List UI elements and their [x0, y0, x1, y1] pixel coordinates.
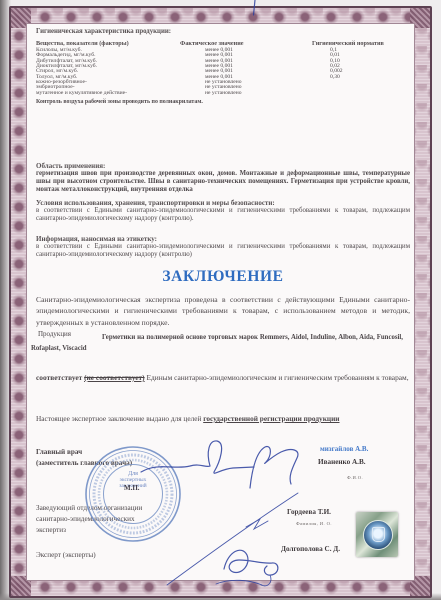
hologram-sticker	[356, 512, 398, 557]
round-stamp	[84, 443, 182, 545]
production-text: Герметики на полимерной основе торговых …	[31, 332, 403, 354]
purpose-prefix: Настоящее экспертное заключение выдано д…	[36, 414, 203, 423]
table-row: мутагенное и кумулятивное действие- не у…	[36, 91, 412, 96]
substances-column-header: Вещества, показатели (факторы)	[36, 40, 180, 47]
conformity-no-match-struck: (не соответствует)	[84, 373, 145, 382]
usage-conditions-body: в соответствии с Едиными санитарно-эпиде…	[36, 207, 410, 223]
scanned-document: Гигиеническая характеристика продукции: …	[0, 0, 441, 600]
fio-caption: Ф.И.О.	[322, 475, 388, 480]
actual-value: не установлено	[180, 91, 312, 96]
workzone-control-note: Контроль воздуха рабочей зоны проводить …	[36, 99, 203, 105]
actual-value-column-header: Фактическое значение	[180, 40, 312, 47]
label-info-title: Информация, наносимая на этикетку:	[36, 235, 157, 243]
table-header-row: Вещества, показатели (факторы) Фактическ…	[36, 40, 412, 47]
hygiene-section-title: Гигиеническая характеристика продукции:	[36, 28, 171, 35]
purpose-statement: Настоящее экспертное заключение выдано д…	[36, 414, 412, 423]
stamp-text-ring	[94, 455, 172, 533]
chief-doctor-role: Главный врач	[36, 448, 82, 456]
seal-place-label: М.П.	[124, 484, 140, 492]
purpose-emphasis: государственной регистрации продукции	[203, 414, 339, 423]
chief-name-stamped: мизгайлов А.В.	[320, 445, 368, 453]
substance-name: мутагенное и кумулятивное действие-	[36, 91, 180, 96]
stamp-ring	[90, 451, 177, 538]
application-area-body: герметизация швов при производстве дерев…	[36, 170, 410, 195]
norm-column-header: Гигиенический норматив	[312, 40, 412, 47]
expert-role: Эксперт (эксперты)	[36, 551, 96, 559]
usage-conditions-title: Условия использования, хранения, транспо…	[36, 199, 275, 207]
conclusion-body: Санитарно-эпидемиологическая экспертиза …	[36, 294, 410, 328]
dept-fio-caption: Фамилия, И. О.	[296, 521, 332, 526]
conformity-statement: соответствует (не соответствует) Единым …	[36, 371, 410, 385]
conclusion-heading: ЗАКЛЮЧЕНИЕ	[36, 268, 410, 286]
hygiene-table: Вещества, показатели (факторы) Фактическ…	[36, 40, 412, 96]
norm-value	[312, 91, 412, 96]
chief-name: Иваненко А.В.	[318, 458, 366, 466]
conformity-match: соответствует	[36, 373, 84, 382]
expert-name: Долгополова С. Д.	[281, 545, 340, 553]
dept-head-name: Гордеева Т.И.	[287, 508, 331, 516]
hologram-emblem	[363, 520, 393, 550]
application-area-title: Область применения:	[36, 162, 105, 170]
label-info-body: в соответствии с Едиными санитарно-эпиде…	[36, 243, 410, 259]
conformity-rest: Единым санитарно-эпидемиологическим и ги…	[145, 373, 409, 382]
